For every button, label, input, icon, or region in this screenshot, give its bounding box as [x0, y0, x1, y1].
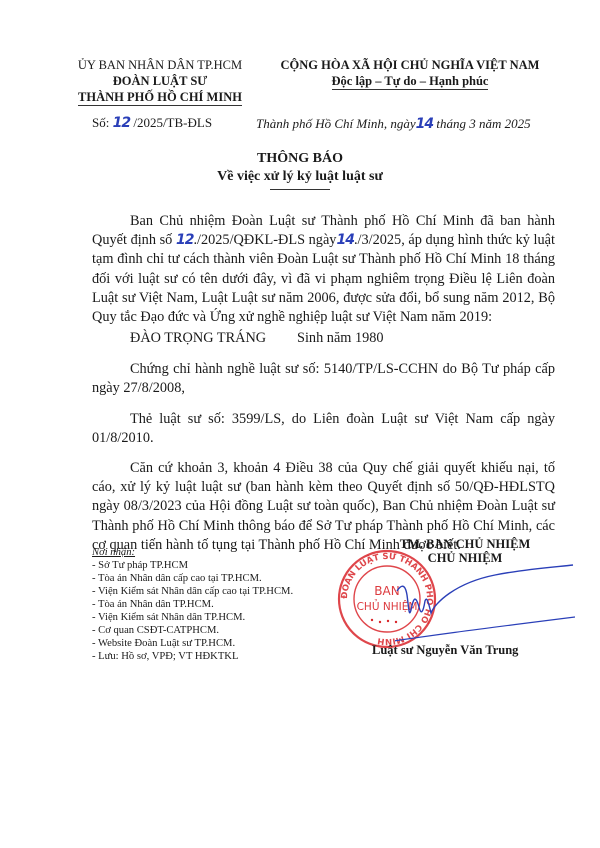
- p1-text-b: ./2025/QĐKL-ĐLS ngày: [193, 232, 336, 248]
- title-divider: [270, 189, 330, 190]
- lawyer-row: ĐÀO TRỌNG TRÁNG Sinh năm 1980: [130, 330, 266, 347]
- number-handwritten: 12: [113, 115, 130, 131]
- recipients-list: Nơi nhận: - Sở Tư pháp TP.HCM - Tòa án N…: [92, 546, 293, 663]
- recipient-item: - Website Đoàn Luật sư TP.HCM.: [92, 637, 293, 650]
- recipient-item: - Cơ quan CSĐT-CATPHCM.: [92, 624, 293, 637]
- date-day-handwritten: 14: [416, 116, 433, 132]
- national-motto-block: CỘNG HÒA XÃ HỘI CHỦ NGHĨA VIỆT NAM Độc l…: [255, 57, 565, 90]
- number-suffix: /2025/TB-ĐLS: [133, 115, 212, 130]
- country-name: CỘNG HÒA XÃ HỘI CHỦ NGHĨA VIỆT NAM: [255, 57, 565, 73]
- number-label: Số:: [92, 115, 109, 130]
- recipient-item: - Viện Kiểm sát Nhân dân cấp cao tại TP.…: [92, 585, 293, 598]
- recipient-item: - Lưu: Hồ sơ, VPĐ; VT HĐKTKL: [92, 650, 293, 663]
- lawyer-name: ĐÀO TRỌNG TRÁNG: [130, 330, 266, 346]
- paragraph-lawyer-card: Thẻ luật sư số: 3599/LS, do Liên đoàn Lu…: [92, 410, 555, 448]
- document-number: Số: 12 /2025/TB-ĐLS: [92, 115, 212, 131]
- signature-scribble-icon: [395, 555, 575, 655]
- issuer-block: ỦY BAN NHÂN DÂN TP.HCM ĐOÀN LUẬT SƯ THÀN…: [40, 57, 280, 106]
- decision-day-handwritten: 14: [336, 232, 353, 248]
- recipient-item: - Tòa án Nhân dân cấp cao tại TP.HCM.: [92, 572, 293, 585]
- issuer-parent: ỦY BAN NHÂN DÂN TP.HCM: [40, 57, 280, 73]
- motto: Độc lập – Tự do – Hạnh phúc: [332, 73, 489, 90]
- signer-name: Luật sư Nguyễn Văn Trung: [372, 643, 518, 658]
- issuer-city: THÀNH PHỐ HỒ CHÍ MINH: [78, 89, 242, 106]
- title-main: THÔNG BÁO: [0, 150, 600, 168]
- document-date: Thành phố Hồ Chí Minh, ngày14 tháng 3 nă…: [256, 116, 531, 132]
- recipient-item: - Sở Tư pháp TP.HCM: [92, 559, 293, 572]
- date-prefix: Thành phố Hồ Chí Minh, ngày: [256, 116, 416, 131]
- paragraph-certificate: Chứng chỉ hành nghề luật sư số: 5140/TP/…: [92, 360, 555, 398]
- document-title: THÔNG BÁO Về việc xử lý kỷ luật luật sư: [0, 150, 600, 190]
- paragraph-decision: Ban Chủ nhiệm Đoàn Luật sư Thành phố Hồ …: [92, 212, 555, 327]
- recipient-item: - Viện Kiểm sát Nhân dân TP.HCM.: [92, 611, 293, 624]
- recipients-heading: Nơi nhận:: [92, 546, 293, 559]
- decision-number-handwritten: 12: [176, 232, 193, 248]
- date-suffix: tháng 3 năm 2025: [436, 116, 530, 131]
- recipient-item: - Tòa án Nhân dân TP.HCM.: [92, 598, 293, 611]
- issuer-name: ĐOÀN LUẬT SƯ: [40, 73, 280, 89]
- lawyer-birth-year: Sinh năm 1980: [297, 330, 384, 347]
- title-subtitle: Về việc xử lý kỷ luật luật sư: [0, 168, 600, 186]
